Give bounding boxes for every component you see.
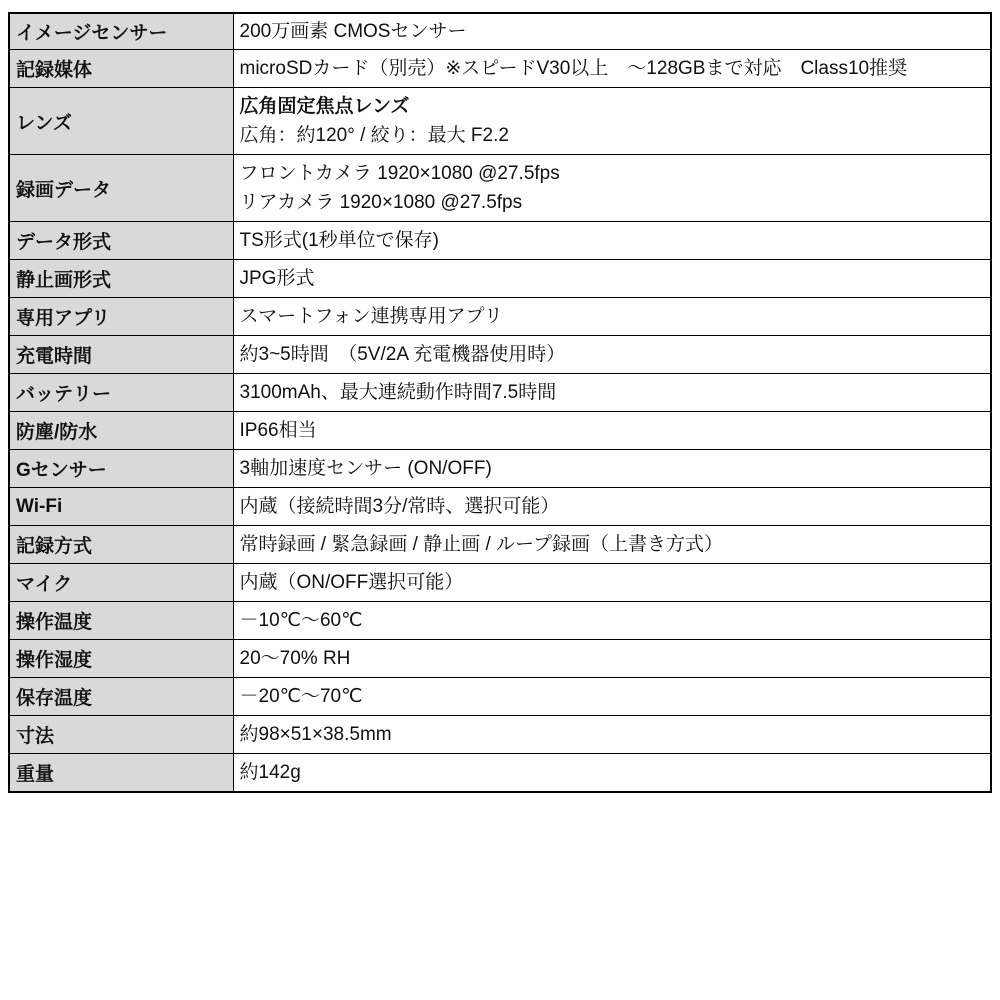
table-row: Wi-Fi内蔵（接続時間3分/常時、選択可能） <box>9 488 991 526</box>
spec-label: 記録媒体 <box>9 50 233 88</box>
spec-label: 保存温度 <box>9 678 233 716</box>
table-row: 静止画形式JPG形式 <box>9 260 991 298</box>
table-row: 記録媒体microSDカード（別売）※スピードV30以上 ～128GBまで対応 … <box>9 50 991 88</box>
spec-value: 内蔵（接続時間3分/常時、選択可能） <box>233 488 991 526</box>
spec-label: 静止画形式 <box>9 260 233 298</box>
table-row: 記録方式常時録画 / 緊急録画 / 静止画 / ループ録画（上書き方式） <box>9 526 991 564</box>
spec-value-line: 内蔵（ON/OFF選択可能） <box>240 568 985 597</box>
spec-value-line: －20℃～70℃ <box>240 682 985 711</box>
table-row: 録画データフロントカメラ 1920×1080 @27.5fpsリアカメラ 192… <box>9 155 991 222</box>
table-row: レンズ広角固定焦点レンズ広角：約120° / 絞り：最大 F2.2 <box>9 88 991 155</box>
spec-value-line: 20～70% RH <box>240 644 985 673</box>
spec-table-body: イメージセンサー200万画素 CMOSセンサー記録媒体microSDカード（別売… <box>9 13 991 792</box>
spec-value: 3軸加速度センサー (ON/OFF) <box>233 450 991 488</box>
spec-label: Gセンサー <box>9 450 233 488</box>
spec-value-line: 3100mAh、最大連続動作時間7.5時間 <box>240 378 985 407</box>
spec-value: 約142g <box>233 754 991 792</box>
table-row: 防塵/防水IP66相当 <box>9 412 991 450</box>
spec-table: イメージセンサー200万画素 CMOSセンサー記録媒体microSDカード（別売… <box>8 12 992 793</box>
spec-value-line: スマートフォン連携専用アプリ <box>240 302 985 331</box>
spec-value-line: 約98×51×38.5mm <box>240 720 985 749</box>
spec-value-line: 約3~5時間 （5V/2A 充電機器使用時） <box>240 340 985 369</box>
spec-label: 充電時間 <box>9 336 233 374</box>
spec-value: 20～70% RH <box>233 640 991 678</box>
spec-value-line: microSDカード（別売）※スピードV30以上 ～128GBまで対応 Clas… <box>240 54 985 83</box>
spec-label: 防塵/防水 <box>9 412 233 450</box>
spec-label: マイク <box>9 564 233 602</box>
spec-label: 重量 <box>9 754 233 792</box>
spec-value-line: 200万画素 CMOSセンサー <box>240 17 985 46</box>
spec-label: イメージセンサー <box>9 13 233 50</box>
spec-value-line: 3軸加速度センサー (ON/OFF) <box>240 454 985 483</box>
spec-value: フロントカメラ 1920×1080 @27.5fpsリアカメラ 1920×108… <box>233 155 991 222</box>
spec-value: JPG形式 <box>233 260 991 298</box>
spec-label: バッテリー <box>9 374 233 412</box>
spec-value: 約3~5時間 （5V/2A 充電機器使用時） <box>233 336 991 374</box>
table-row: 重量約142g <box>9 754 991 792</box>
table-row: 寸法約98×51×38.5mm <box>9 716 991 754</box>
spec-value-line: 内蔵（接続時間3分/常時、選択可能） <box>240 492 985 521</box>
table-row: 専用アプリスマートフォン連携専用アプリ <box>9 298 991 336</box>
spec-value-line: 常時録画 / 緊急録画 / 静止画 / ループ録画（上書き方式） <box>240 530 985 559</box>
spec-value: －10℃～60℃ <box>233 602 991 640</box>
table-row: Gセンサー3軸加速度センサー (ON/OFF) <box>9 450 991 488</box>
spec-value: TS形式(1秒単位で保存) <box>233 222 991 260</box>
spec-label: Wi-Fi <box>9 488 233 526</box>
table-row: イメージセンサー200万画素 CMOSセンサー <box>9 13 991 50</box>
table-row: 充電時間約3~5時間 （5V/2A 充電機器使用時） <box>9 336 991 374</box>
table-row: 操作温度－10℃～60℃ <box>9 602 991 640</box>
spec-label: 操作温度 <box>9 602 233 640</box>
spec-value: IP66相当 <box>233 412 991 450</box>
spec-value: スマートフォン連携専用アプリ <box>233 298 991 336</box>
table-row: マイク内蔵（ON/OFF選択可能） <box>9 564 991 602</box>
spec-value-line: IP66相当 <box>240 416 985 445</box>
spec-value-line: 広角：約120° / 絞り：最大 F2.2 <box>240 121 985 150</box>
spec-value-line: 約142g <box>240 758 985 787</box>
spec-value-line: フロントカメラ 1920×1080 @27.5fps <box>240 159 985 188</box>
spec-label: 操作湿度 <box>9 640 233 678</box>
spec-label: 寸法 <box>9 716 233 754</box>
spec-value: －20℃～70℃ <box>233 678 991 716</box>
spec-value: 内蔵（ON/OFF選択可能） <box>233 564 991 602</box>
spec-label: 記録方式 <box>9 526 233 564</box>
spec-value-line: －10℃～60℃ <box>240 606 985 635</box>
spec-label: 専用アプリ <box>9 298 233 336</box>
spec-value: 広角固定焦点レンズ広角：約120° / 絞り：最大 F2.2 <box>233 88 991 155</box>
spec-value: microSDカード（別売）※スピードV30以上 ～128GBまで対応 Clas… <box>233 50 991 88</box>
spec-label: 録画データ <box>9 155 233 222</box>
spec-value: 常時録画 / 緊急録画 / 静止画 / ループ録画（上書き方式） <box>233 526 991 564</box>
spec-label: データ形式 <box>9 222 233 260</box>
spec-value-line: JPG形式 <box>240 264 985 293</box>
spec-value: 3100mAh、最大連続動作時間7.5時間 <box>233 374 991 412</box>
spec-value: 200万画素 CMOSセンサー <box>233 13 991 50</box>
table-row: データ形式TS形式(1秒単位で保存) <box>9 222 991 260</box>
spec-label: レンズ <box>9 88 233 155</box>
table-row: 保存温度－20℃～70℃ <box>9 678 991 716</box>
table-row: 操作湿度20～70% RH <box>9 640 991 678</box>
spec-value-line: リアカメラ 1920×1080 @27.5fps <box>240 188 985 217</box>
spec-value: 約98×51×38.5mm <box>233 716 991 754</box>
table-row: バッテリー3100mAh、最大連続動作時間7.5時間 <box>9 374 991 412</box>
spec-value-line: TS形式(1秒単位で保存) <box>240 226 985 255</box>
spec-value-line: 広角固定焦点レンズ <box>240 92 985 121</box>
